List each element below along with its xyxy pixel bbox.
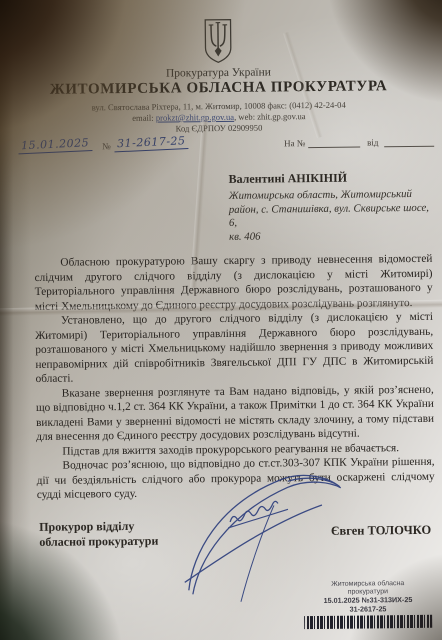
ukraine-trident-emblem-icon: [196, 18, 240, 64]
recipient-block: Валентині АНІКІНІЙ Житомирська область, …: [228, 170, 431, 244]
body-paragraph-1: Обласною прокуратурою Вашу скаргу з прив…: [34, 252, 433, 314]
barcode-icon: [304, 615, 432, 629]
org-email-link: prokzt@zhit.gp.gov.ua: [156, 112, 234, 123]
recipient-address-line2: район, с. Станишівка, вул. Сквирське шос…: [229, 201, 429, 229]
handwritten-outgoing-number: 31-2617-25: [114, 134, 189, 152]
signer-position: Прокурор відділу обласної прокуратури: [39, 519, 158, 550]
recipient-name: Валентині АНІКІНІЙ: [228, 170, 430, 187]
on-number-blank-line: [308, 147, 360, 149]
signer-position-line2: обласної прокуратури: [39, 534, 158, 549]
body-paragraph-2: Установлено, що до другого слідчого відд…: [35, 310, 434, 387]
letterhead: Прокуратура України ЖИТОМИРСЬКА ОБЛАСНА …: [0, 16, 440, 136]
org-web: , web: zhit.gp.gov.ua: [234, 111, 306, 122]
handwritten-date: 15.01.2025: [18, 136, 93, 154]
stamp-case-number: 31-2617-25: [299, 604, 437, 614]
from-label: від: [367, 137, 378, 147]
signer-position-line1: Прокурор відділу: [39, 519, 134, 534]
registration-stamp: Житомирська обласна прокуратури 15.01.20…: [299, 580, 437, 629]
recipient-address-line1: Житомирська область, Житомирський: [229, 188, 412, 202]
number-sign: №: [102, 141, 111, 151]
body-paragraph-3: Вказане звернення розглянуте та Вам нада…: [36, 382, 435, 444]
on-number-label: На №: [284, 138, 305, 148]
recipient-address-line3: кв. 406: [229, 230, 260, 242]
from-blank-line: [384, 146, 434, 148]
reference-row: 15.01.2025 № 31-2617-25 На № від: [0, 132, 440, 159]
org-name-line2: ЖИТОМИРСЬКА ОБЛАСНА ПРОКУРАТУРА: [0, 78, 440, 100]
recipient-address: Житомирська область, Житомирський район,…: [229, 188, 432, 244]
email-label: email:: [132, 113, 156, 123]
letter-content: Прокуратура України ЖИТОМИРСЬКА ОБЛАСНА …: [0, 0, 442, 640]
document-photo: Прокуратура України ЖИТОМИРСЬКА ОБЛАСНА …: [0, 0, 442, 640]
